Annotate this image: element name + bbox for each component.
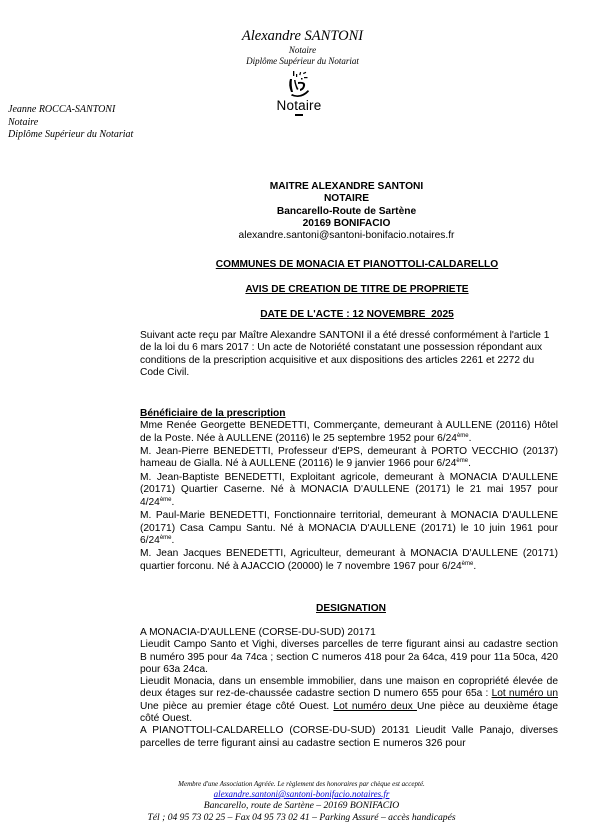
- office-role: NOTAIRE: [50, 193, 593, 205]
- designation-monacia-header: A MONACIA-D'AULLENE (CORSE-DU-SUD) 20171: [140, 627, 558, 639]
- notaire-logo: Notaire: [271, 70, 327, 120]
- communes-heading: COMMUNES DE MONACIA ET PIANOTTOLI-CALDAR…: [148, 259, 566, 271]
- beneficiaries-section: Bénéficiaire de la prescription Mme René…: [140, 408, 558, 574]
- designation-pianottoli: A PIANOTTOLI-CALDARELLO (CORSE-DU-SUD) 2…: [140, 725, 558, 750]
- footer-address: Bancarello, route de Sartène – 20169 BON…: [5, 800, 593, 812]
- beneficiary-item: M. Jean-Pierre BENEDETTI, Professeur d'E…: [140, 446, 558, 471]
- office-block: MAITRE ALEXANDRE SANTONI NOTAIRE Bancare…: [0, 181, 593, 242]
- lot-2-label: Lot numéro deux: [333, 701, 417, 712]
- notary-title: Notaire: [6, 45, 593, 56]
- date-heading: DATE DE L'ACTE : 12 NOVEMBRE 2025: [148, 309, 566, 321]
- logo-divider: [295, 114, 303, 116]
- logo-text: Notaire: [271, 99, 327, 113]
- associate-title: Notaire: [8, 117, 133, 130]
- beneficiary-item: M. Jean-Baptiste BENEDETTI, Exploitant a…: [140, 472, 558, 509]
- letterhead: Alexandre SANTONI Notaire Diplôme Supéri…: [0, 28, 593, 67]
- designation-monacia-lots: Lieudit Monacia, dans un ensemble immobi…: [140, 676, 558, 725]
- beneficiary-item: M. Paul-Marie BENEDETTI, Fonctionnaire t…: [140, 510, 558, 547]
- associate-notary: Jeanne ROCCA-SANTONI Notaire Diplôme Sup…: [8, 104, 133, 142]
- notary-name: Alexandre SANTONI: [6, 28, 593, 45]
- notary-diploma: Diplôme Supérieur du Notariat: [6, 56, 593, 67]
- office-email: alexandre.santoni@santoni-bonifacio.nota…: [50, 230, 593, 242]
- lot-1-label: Lot numéro un: [492, 688, 558, 699]
- designation-section: A MONACIA-D'AULLENE (CORSE-DU-SUD) 20171…: [140, 627, 558, 750]
- associate-diploma: Diplôme Supérieur du Notariat: [8, 129, 133, 142]
- beneficiaries-title: Bénéficiaire de la prescription: [140, 408, 558, 420]
- beneficiary-item: M. Jean Jacques BENEDETTI, Agriculteur, …: [140, 548, 558, 573]
- designation-campo-santo: Lieudit Campo Santo et Vighi, diverses p…: [140, 639, 558, 676]
- office-name: MAITRE ALEXANDRE SANTONI: [50, 181, 593, 193]
- office-city: 20169 BONIFACIO: [50, 218, 593, 230]
- notaire-emblem-icon: [284, 70, 314, 100]
- intro-paragraph: Suivant acte reçu par Maître Alexandre S…: [140, 330, 558, 379]
- footer: Membre d'une Association Agréée. Le règl…: [0, 780, 593, 824]
- footer-association: Membre d'une Association Agréée. Le règl…: [5, 780, 593, 789]
- footer-phone: Tél ; 04 95 73 02 25 – Fax 04 95 73 02 4…: [5, 812, 593, 824]
- beneficiary-item: Mme Renée Georgette BENEDETTI, Commerçan…: [140, 420, 558, 445]
- designation-heading: DESIGNATION: [142, 603, 560, 615]
- avis-heading: AVIS DE CREATION DE TITRE DE PROPRIETE: [148, 284, 566, 296]
- footer-email-link[interactable]: alexandre.santoni@santoni-bonifacio.nota…: [5, 789, 593, 800]
- associate-name: Jeanne ROCCA-SANTONI: [8, 104, 133, 117]
- office-street: Bancarello-Route de Sartène: [50, 206, 593, 218]
